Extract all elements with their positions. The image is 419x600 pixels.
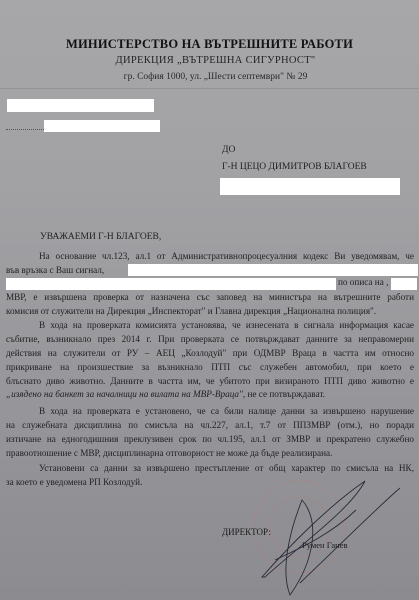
- director-name: Румен Ганев: [302, 540, 348, 550]
- stamp-and-signature: [0, 0, 419, 600]
- handwritten-signature-icon: [262, 481, 400, 595]
- director-title: ДИРЕКТОР:: [222, 527, 271, 537]
